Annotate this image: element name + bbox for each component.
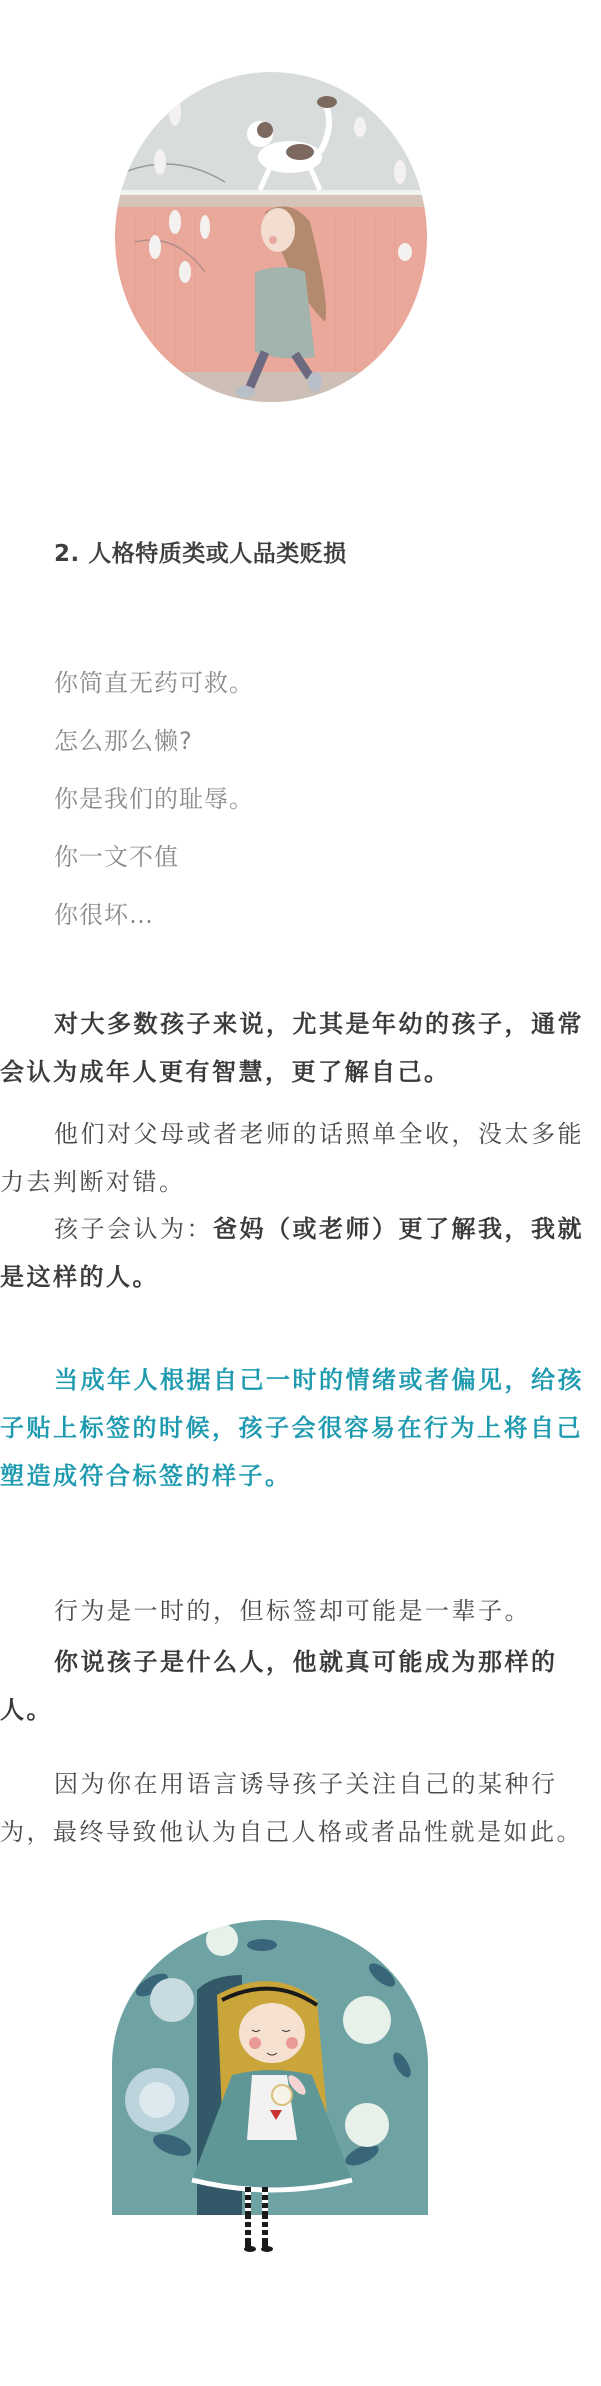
highlight-paragraph-labels: 当成年人根据自己一时的情绪或者偏见，给孩子贴上标签的时候，孩子会很容易在行为上将…	[0, 1356, 601, 1500]
bold-text: 对大多数孩子来说，尤其是年幼的孩子，通常会认为成年人更有智慧，更了解自己。	[0, 1010, 584, 1086]
paragraph-language-induces: 因为你在用语言诱导孩子关注自己的某种行为，最终导致他认为自己人格或者品性就是如此…	[0, 1760, 601, 1856]
quote-item: 你一文不值	[54, 837, 179, 872]
bold-text: 你说孩子是什么人，他就真可能成为那样的人。	[0, 1648, 558, 1724]
illustration-girl-cat	[115, 72, 427, 402]
striped-stockings-image	[243, 2215, 273, 2255]
quote-item: 你简直无药可救。	[54, 663, 254, 698]
quote-item: 你是我们的耻辱。	[54, 779, 254, 814]
paragraph-child-thinks: 孩子会认为：爸妈（或老师）更了解我，我就是这样的人。	[0, 1205, 601, 1301]
paragraph-behavior-temporary: 行为是一时的，但标签却可能是一辈子。	[0, 1587, 601, 1635]
quote-item: 怎么那么懒?	[54, 721, 193, 756]
paragraph-accept-words: 他们对父母或者老师的话照单全收，没太多能力去判断对错。	[0, 1110, 601, 1206]
plain-text: 孩子会认为：	[54, 1215, 213, 1243]
paragraph-adults-wisdom: 对大多数孩子来说，尤其是年幼的孩子，通常会认为成年人更有智慧，更了解自己。	[0, 1000, 601, 1096]
alice-feet	[243, 2215, 273, 2255]
girl-cat-image	[115, 72, 427, 402]
section-heading: 2. 人格特质类或人品类贬损	[54, 535, 347, 568]
alice-image	[112, 1915, 428, 2215]
paragraph-you-say: 你说孩子是什么人，他就真可能成为那样的人。	[0, 1638, 601, 1734]
illustration-alice	[112, 1915, 428, 2215]
quote-item: 你很坏…	[54, 895, 154, 930]
